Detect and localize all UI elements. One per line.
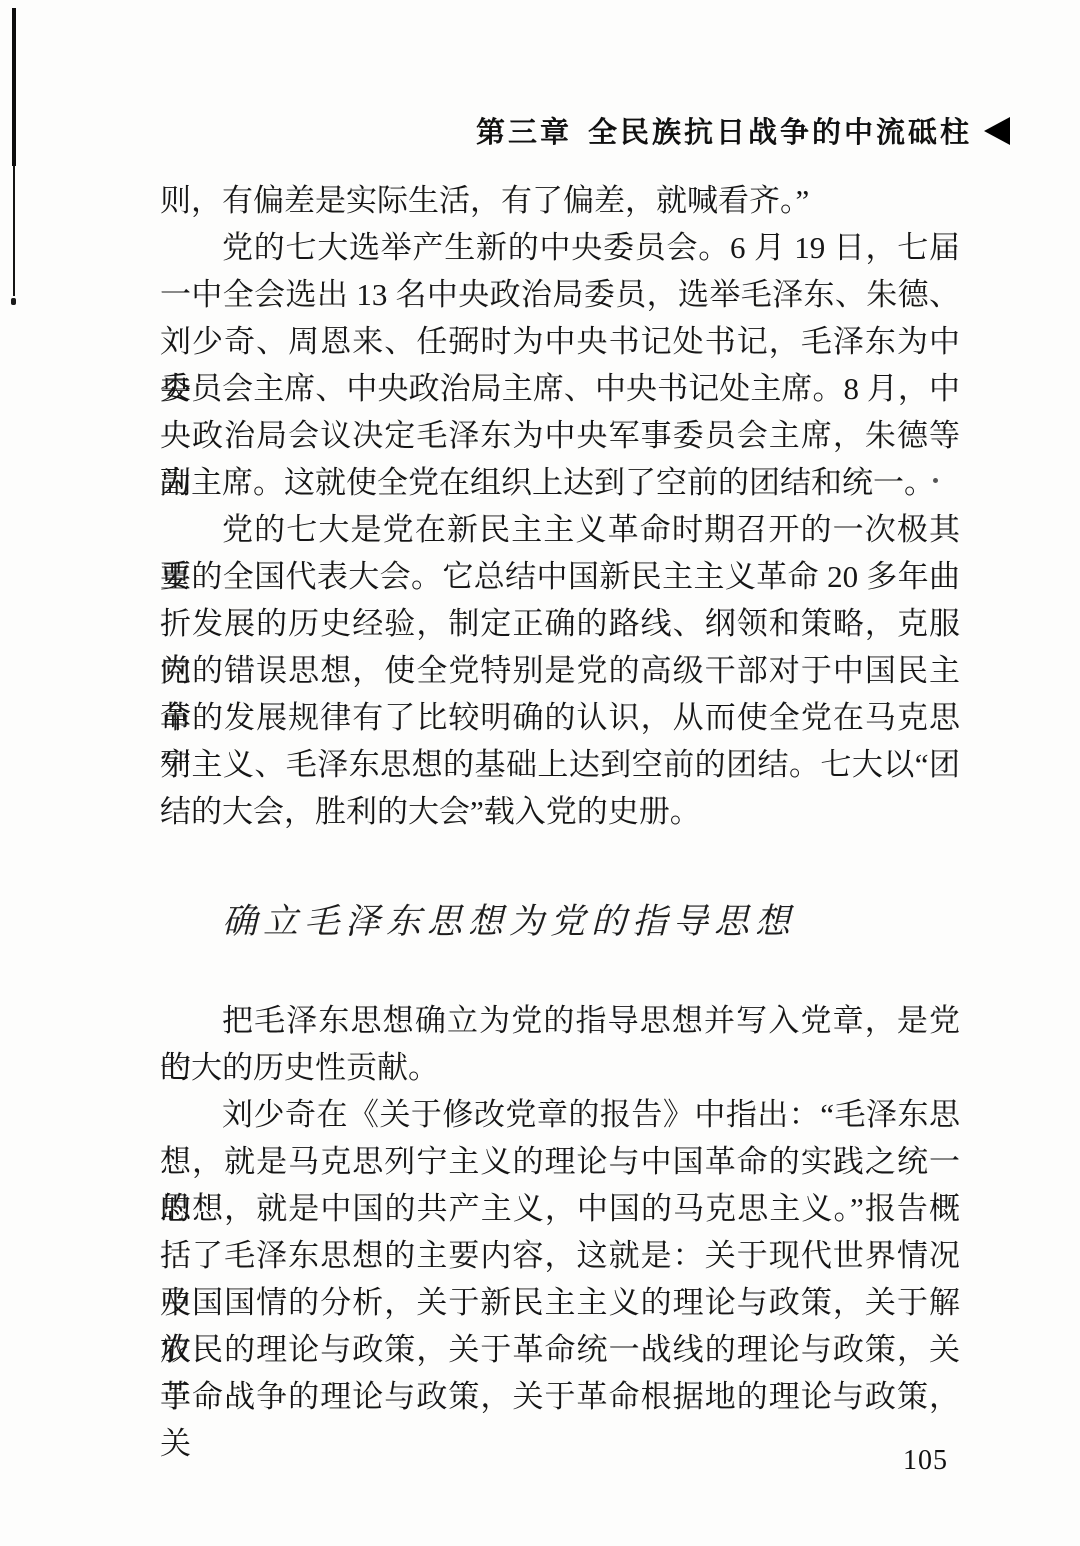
text-line: 农民的理论与政策，关于革命统一战线的理论与政策，关于 <box>160 1326 960 1373</box>
text-column: 则，有偏差是实际生活，有了偏差，就喊看齐。” 党的七大选举产生新的中央委员会。6… <box>160 177 960 1420</box>
text-line: 委员会主席、中央政治局主席、中央书记处主席。8 月，中 <box>160 365 960 412</box>
chapter-title: 全民族抗日战争的中流砥柱 <box>588 110 972 151</box>
text-line: 央政治局会议决定毛泽东为中央军事委员会主席，朱德等为 <box>160 412 960 459</box>
text-line: 刘少奇、周恩来、任弼时为中央书记处书记，毛泽东为中央 <box>160 318 960 365</box>
text-line: 党的七大是党在新民主主义革命时期召开的一次极其重 <box>160 506 960 553</box>
scan-edge-dot <box>11 298 16 305</box>
text-line: 宁主义、毛泽东思想的基础上达到空前的团结。七大以“团 <box>160 741 960 788</box>
section-heading: 确立毛泽东思想为党的指导思想 <box>222 897 960 947</box>
text-line: 中国国情的分析，关于新民主主义的理论与政策，关于解放 <box>160 1279 960 1326</box>
text-line: 七大的历史性贡献。 <box>160 1044 960 1091</box>
text-line: 折发展的历史经验，制定正确的路线、纲领和策略，克服党 <box>160 600 960 647</box>
scan-edge-line-thin <box>13 166 15 296</box>
text-line: 一中全会选出 13 名中央政治局委员，选举毛泽东、朱德、 <box>160 271 960 318</box>
text-line: 内的错误思想，使全党特别是党的高级干部对于中国民主革 <box>160 647 960 694</box>
text-line: 革命战争的理论与政策，关于革命根据地的理论与政策，关 <box>160 1373 960 1420</box>
text-line: 把毛泽东思想确立为党的指导思想并写入党章，是党的 <box>160 997 960 1044</box>
text-line: 则，有偏差是实际生活，有了偏差，就喊看齐。” <box>160 177 960 224</box>
text-line: 结的大会，胜利的大会”载入党的史册。 <box>160 788 960 835</box>
text-line: 思想，就是中国的共产主义，中国的马克思主义。”报告概 <box>160 1185 960 1232</box>
left-triangle-icon <box>984 117 1010 145</box>
text-line: 要的全国代表大会。它总结中国新民主主义革命 20 多年曲 <box>160 553 960 600</box>
scanned-book-page: 第三章 全民族抗日战争的中流砥柱 则，有偏差是实际生活，有了偏差，就喊看齐。” … <box>0 0 1080 1546</box>
scan-edge-line-thick <box>12 8 16 166</box>
text-line: 刘少奇在《关于修改党章的报告》中指出：“毛泽东思 <box>160 1091 960 1138</box>
text-line: 命的发展规律有了比较明确的认识，从而使全党在马克思列 <box>160 694 960 741</box>
text-line: 副主席。这就使全党在组织上达到了空前的团结和统一。 <box>160 459 960 506</box>
chapter-number: 第三章 <box>476 110 572 151</box>
text-line: 党的七大选举产生新的中央委员会。6 月 19 日，七届 <box>160 224 960 271</box>
text-line: 想，就是马克思列宁主义的理论与中国革命的实践之统一的 <box>160 1138 960 1185</box>
page-number: 105 <box>903 1445 948 1477</box>
text-line: 括了毛泽东思想的主要内容，这就是：关于现代世界情况及 <box>160 1232 960 1279</box>
running-head: 第三章 全民族抗日战争的中流砥柱 <box>476 110 1010 151</box>
